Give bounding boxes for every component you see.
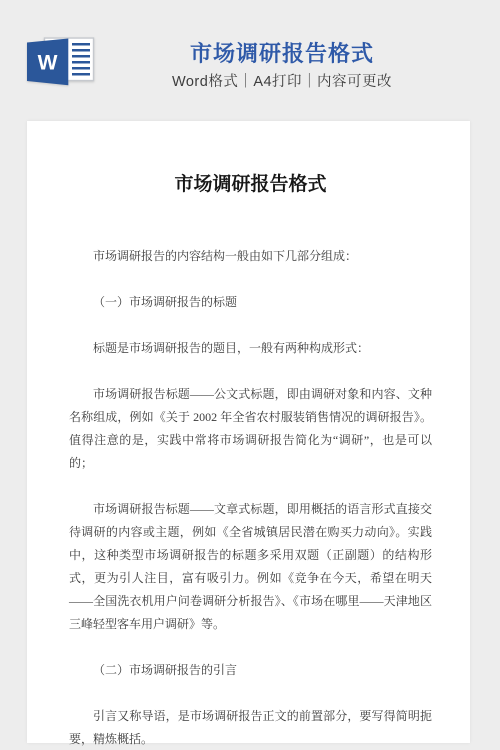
doc-paragraph-title-intro: 标题是市场调研报告的题目，一般有两种构成形式： [69,337,432,360]
doc-paragraph-official-title: 市场调研报告标题——公文式标题，即由调研对象和内容、文种名称组成，例如《关于 2… [69,383,432,475]
page-title: 市场调研报告格式 [64,42,500,66]
doc-paragraph-intro-lead: 引言又称导语，是市场调研报告正文的前置部分，要写得简明扼要，精炼概括。 [69,705,432,750]
doc-paragraph-intro: 市场调研报告的内容结构一般由如下几部分组成： [69,245,432,268]
header: W 市场调研报告格式 Word格式｜A4打印｜内容可更改 [0,0,500,90]
document-preview: 市场调研报告格式 市场调研报告的内容结构一般由如下几部分组成： （一）市场调研报… [27,121,470,743]
doc-heading-section-2: （二）市场调研报告的引言 [69,659,432,682]
format-subtitle: Word格式｜A4打印｜内容可更改 [64,74,500,90]
header-text: 市场调研报告格式 Word格式｜A4打印｜内容可更改 [64,42,500,90]
doc-heading-section-1: （一）市场调研报告的标题 [69,291,432,314]
word-icon-letter: W [38,51,58,74]
word-icon: W [27,37,95,86]
doc-paragraph-article-title: 市场调研报告标题——文章式标题，即用概括的语言形式直接交待调研的内容或主题，例如… [69,498,432,636]
document-title: 市场调研报告格式 [69,173,432,197]
